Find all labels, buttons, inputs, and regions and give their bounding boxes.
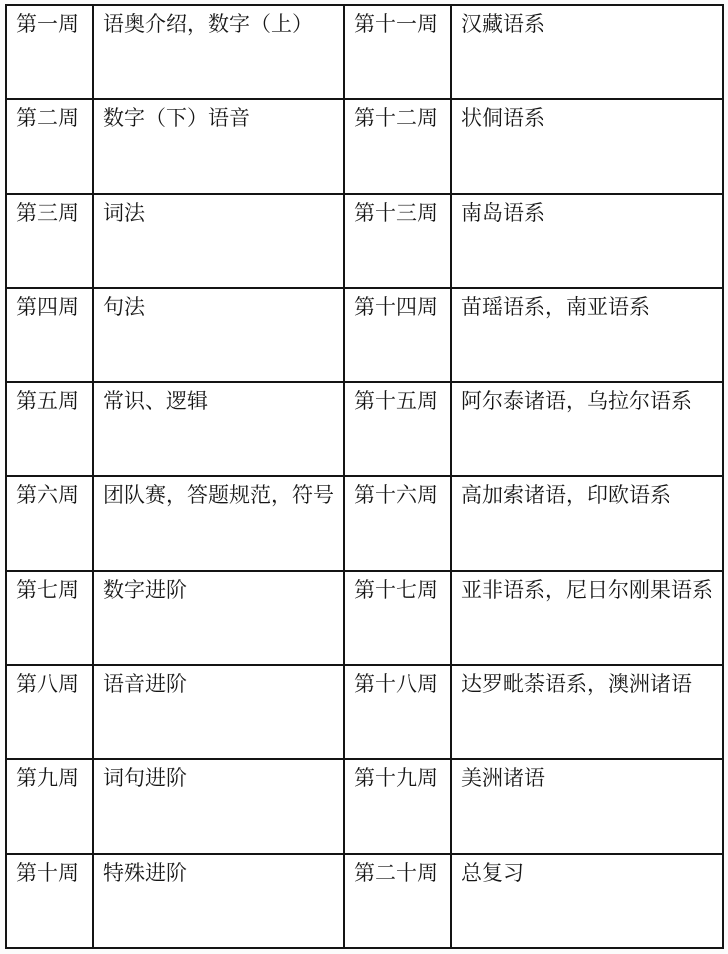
week-cell: 第七周: [6, 571, 93, 665]
week-cell: 第二周: [6, 99, 93, 193]
week-cell: 第四周: [6, 288, 93, 382]
topic-cell: 特殊进阶: [93, 854, 344, 948]
table-row: 第七周 数字进阶 第十七周 亚非语系，尼日尔刚果语系: [6, 571, 723, 665]
topic-cell: 苗瑶语系，南亚语系: [451, 288, 723, 382]
topic-cell: 达罗毗荼语系，澳洲诸语: [451, 665, 723, 759]
topic-cell: 高加索诸语，印欧语系: [451, 476, 723, 570]
topic-cell: 数字进阶: [93, 571, 344, 665]
topic-cell: 语奥介绍，数字（上）: [93, 5, 344, 99]
week-cell: 第十四周: [344, 288, 451, 382]
week-cell: 第十三周: [344, 194, 451, 288]
week-cell: 第二十周: [344, 854, 451, 948]
topic-cell: 亚非语系，尼日尔刚果语系: [451, 571, 723, 665]
topic-cell: 团队赛，答题规范，符号: [93, 476, 344, 570]
table-row: 第十周 特殊进阶 第二十周 总复习: [6, 854, 723, 948]
table-row: 第一周 语奥介绍，数字（上） 第十一周 汉藏语系: [6, 5, 723, 99]
week-cell: 第十六周: [344, 476, 451, 570]
topic-cell: 总复习: [451, 854, 723, 948]
week-cell: 第十九周: [344, 759, 451, 853]
week-cell: 第一周: [6, 5, 93, 99]
week-cell: 第六周: [6, 476, 93, 570]
table-row: 第八周 语音进阶 第十八周 达罗毗荼语系，澳洲诸语: [6, 665, 723, 759]
topic-cell: 美洲诸语: [451, 759, 723, 853]
topic-cell: 常识、逻辑: [93, 382, 344, 476]
table-row: 第九周 词句进阶 第十九周 美洲诸语: [6, 759, 723, 853]
table-row: 第三周 词法 第十三周 南岛语系: [6, 194, 723, 288]
topic-cell: 南岛语系: [451, 194, 723, 288]
week-cell: 第九周: [6, 759, 93, 853]
topic-cell: 状侗语系: [451, 99, 723, 193]
schedule-page: 第一周 语奥介绍，数字（上） 第十一周 汉藏语系 第二周 数字（下）语音 第十二…: [0, 0, 728, 954]
topic-cell: 句法: [93, 288, 344, 382]
week-cell: 第三周: [6, 194, 93, 288]
table-row: 第四周 句法 第十四周 苗瑶语系，南亚语系: [6, 288, 723, 382]
week-cell: 第五周: [6, 382, 93, 476]
week-cell: 第十周: [6, 854, 93, 948]
week-cell: 第十八周: [344, 665, 451, 759]
week-cell: 第十一周: [344, 5, 451, 99]
week-cell: 第十五周: [344, 382, 451, 476]
table-row: 第二周 数字（下）语音 第十二周 状侗语系: [6, 99, 723, 193]
table-row: 第五周 常识、逻辑 第十五周 阿尔泰诸语，乌拉尔语系: [6, 382, 723, 476]
week-cell: 第十七周: [344, 571, 451, 665]
topic-cell: 词句进阶: [93, 759, 344, 853]
week-cell: 第十二周: [344, 99, 451, 193]
topic-cell: 词法: [93, 194, 344, 288]
topic-cell: 数字（下）语音: [93, 99, 344, 193]
topic-cell: 汉藏语系: [451, 5, 723, 99]
topic-cell: 阿尔泰诸语，乌拉尔语系: [451, 382, 723, 476]
topic-cell: 语音进阶: [93, 665, 344, 759]
schedule-table: 第一周 语奥介绍，数字（上） 第十一周 汉藏语系 第二周 数字（下）语音 第十二…: [5, 4, 724, 949]
table-row: 第六周 团队赛，答题规范，符号 第十六周 高加索诸语，印欧语系: [6, 476, 723, 570]
week-cell: 第八周: [6, 665, 93, 759]
